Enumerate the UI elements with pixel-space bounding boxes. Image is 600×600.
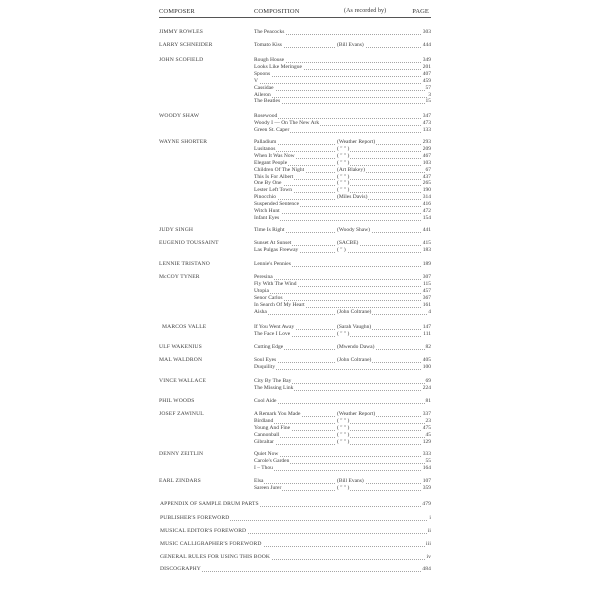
recorded-by: ( " " ) bbox=[336, 485, 350, 492]
dot-leader bbox=[254, 369, 431, 370]
page-number: 154 bbox=[422, 215, 431, 222]
appendix-entry: MUSICAL EDITOR'S FOREWORDii bbox=[160, 527, 431, 535]
appendix-title: MUSIC CALLIGRAPHER'S FOREWORD bbox=[160, 540, 263, 548]
recorded-by: (Miles Davis) bbox=[336, 194, 368, 201]
composition-title: The Missing Link bbox=[254, 385, 294, 392]
composition-entry: Infant Eyes154 bbox=[254, 215, 431, 222]
composer-name: MARCOS VALLE bbox=[162, 324, 206, 330]
composer-name: PHIL WOODS bbox=[159, 398, 195, 404]
dot-leader bbox=[254, 293, 431, 294]
dot-leader bbox=[254, 456, 431, 457]
composition-entry: Spoons407 bbox=[254, 71, 431, 78]
composer-name: EUGENIO TOUSSAINT bbox=[159, 240, 219, 246]
composition-entry: Time Is Right(Woody Shaw)441 bbox=[254, 227, 431, 234]
composition-title: Lennie's Pennies bbox=[254, 261, 292, 268]
page-number: 164 bbox=[422, 465, 431, 472]
dot-leader bbox=[254, 83, 431, 84]
appendix-entry: APPENDIX OF SAMPLE DRUM PARTS479 bbox=[160, 500, 431, 508]
composition-entry: Aisha(John Coltrane)4 bbox=[254, 309, 431, 316]
composition-entry: Fly With The Wind115 bbox=[254, 281, 431, 288]
composition-entry: Duquility100 bbox=[254, 364, 431, 371]
page-number: 129 bbox=[422, 439, 431, 446]
page-number: 133 bbox=[422, 127, 431, 134]
composer-name: EARL ZINDARS bbox=[159, 478, 201, 484]
composition-entry: Witch Hunt472 bbox=[254, 208, 431, 215]
composition-title: Cutting Edge bbox=[254, 344, 284, 351]
composer-name: WOODY SHAW bbox=[159, 113, 199, 119]
dot-leader bbox=[254, 470, 431, 471]
composer-name: LARRY SCHNEIDER bbox=[159, 42, 212, 48]
page-number: 303 bbox=[422, 29, 431, 36]
header-page: PAGE bbox=[412, 8, 429, 15]
composer-name: DENNY ZEITLIN bbox=[159, 451, 203, 457]
composer-name: ULF WAKENIUS bbox=[159, 344, 202, 350]
composition-entry: Sareen Jurer( " " )359 bbox=[254, 485, 431, 492]
composition-entry: Las Pulgas Freeway( " )183 bbox=[254, 247, 431, 254]
page-number: 359 bbox=[422, 485, 431, 492]
composition-title: Aisha bbox=[254, 309, 268, 316]
composition-entry: Carole's Garden55 bbox=[254, 458, 431, 465]
page-number: 15 bbox=[425, 98, 432, 105]
dot-leader bbox=[254, 118, 431, 119]
composition-title: The Beatles bbox=[254, 98, 281, 105]
composition-entry: Green St. Caper133 bbox=[254, 127, 431, 134]
composition-entry: Cassidae57 bbox=[254, 85, 431, 92]
recorded-by: ( " ) bbox=[336, 247, 347, 254]
header-composition: COMPOSITION bbox=[254, 8, 300, 15]
appendix-title: PUBLISHER'S FOREWORD bbox=[160, 514, 230, 522]
composition-title: Tomato Kiss bbox=[254, 42, 283, 49]
recorded-by: (John Coltrane) bbox=[336, 309, 372, 316]
page-number: 82 bbox=[425, 344, 432, 351]
recorded-by: (Mwendo Dawa) bbox=[336, 344, 375, 351]
recorded-by: (Bill Evans) bbox=[336, 42, 365, 49]
appendix-title: MUSICAL EDITOR'S FOREWORD bbox=[160, 527, 247, 535]
column-header: COMPOSER COMPOSITION (As recorded by) PA… bbox=[159, 8, 431, 20]
page-number: i bbox=[428, 514, 431, 522]
page-number: 100 bbox=[422, 364, 431, 371]
composition-entry: Tomato Kiss(Bill Evans)444 bbox=[254, 42, 431, 49]
page-number: 484 bbox=[421, 565, 431, 573]
appendix-entry: DISCOGRAPHY484 bbox=[160, 565, 431, 573]
composition-title: Gibraltar bbox=[254, 439, 275, 446]
appendix-title: DISCOGRAPHY bbox=[160, 565, 202, 573]
dot-leader bbox=[254, 279, 431, 280]
page-number: 189 bbox=[422, 261, 431, 268]
composition-entry: Looks Like Meringue201 bbox=[254, 64, 431, 71]
appendix-entry: GENERAL RULES FOR USING THIS BOOKiv bbox=[160, 553, 431, 561]
page-number: 81 bbox=[425, 398, 432, 405]
composer-name: JIMMY ROWLES bbox=[159, 29, 203, 35]
dot-leader bbox=[254, 76, 431, 77]
page-number: ii bbox=[427, 527, 431, 535]
header-rule bbox=[159, 17, 431, 18]
composition-title: Infant Eyes bbox=[254, 215, 280, 222]
appendix-entry: PUBLISHER'S FOREWORDi bbox=[160, 514, 431, 522]
header-composer: COMPOSER bbox=[159, 8, 195, 15]
composition-title: The Face I Love bbox=[254, 331, 291, 338]
appendix-title: GENERAL RULES FOR USING THIS BOOK bbox=[160, 553, 271, 561]
page-number: 479 bbox=[421, 500, 431, 508]
page-number: 4 bbox=[427, 309, 431, 316]
appendix-title: APPENDIX OF SAMPLE DRUM PARTS bbox=[160, 500, 260, 508]
composer-name: VINCE WALLACE bbox=[159, 378, 206, 384]
composer-name: MAL WALDRON bbox=[159, 357, 202, 363]
page-number: iii bbox=[425, 540, 431, 548]
header-recorded-by: (As recorded by) bbox=[344, 8, 386, 14]
composer-name: JOHN SCOFIELD bbox=[159, 57, 203, 63]
composition-title: Sareen Jurer bbox=[254, 485, 282, 492]
composition-title: The Peacocks bbox=[254, 29, 285, 36]
page-number: 441 bbox=[422, 227, 431, 234]
recorded-by: ( " " ) bbox=[336, 439, 350, 446]
composition-entry: Cool Aide81 bbox=[254, 398, 431, 405]
dot-leader bbox=[254, 220, 431, 221]
recorded-by: (Woody Shaw) bbox=[336, 227, 371, 234]
index-page: COMPOSER COMPOSITION (As recorded by) PA… bbox=[0, 0, 600, 600]
recorded-by: (John Coltrane) bbox=[336, 357, 372, 364]
composition-title: Cool Aide bbox=[254, 398, 277, 405]
dot-leader bbox=[254, 90, 431, 91]
appendix-entry: MUSIC CALLIGRAPHER'S FOREWORDiii bbox=[160, 540, 431, 548]
composition-entry: I – Thou164 bbox=[254, 465, 431, 472]
page-number: iv bbox=[425, 553, 431, 561]
composition-title: Green St. Caper bbox=[254, 127, 290, 134]
composer-name: WAYNE SHORTER bbox=[159, 139, 207, 145]
dot-leader bbox=[254, 403, 431, 404]
composition-title: I – Thou bbox=[254, 465, 274, 472]
composition-entry: The Missing Link224 bbox=[254, 385, 431, 392]
composition-entry: Soul Eyes(John Coltrane)405 bbox=[254, 357, 431, 364]
page-number: 444 bbox=[422, 42, 431, 49]
dot-leader bbox=[254, 97, 431, 98]
composition-entry: The Peacocks303 bbox=[254, 29, 431, 36]
composer-name: LENNIE TRISTANO bbox=[159, 261, 210, 267]
composer-name: JOSEF ZAWINUL bbox=[159, 411, 204, 417]
composition-entry: Cutting Edge(Mwendo Dawa)82 bbox=[254, 344, 431, 351]
recorded-by: ( " " ) bbox=[336, 331, 350, 338]
composition-title: Las Pulgas Freeway bbox=[254, 247, 299, 254]
composition-entry: The Face I Love( " " )111 bbox=[254, 331, 431, 338]
composition-title: Duquility bbox=[254, 364, 276, 371]
composition-entry: Lennie's Pennies189 bbox=[254, 261, 431, 268]
composition-title: Time Is Right bbox=[254, 227, 285, 234]
composer-name: McCOY TYNER bbox=[159, 274, 200, 280]
page-number: 111 bbox=[422, 331, 431, 338]
composition-entry: The Beatles15 bbox=[254, 98, 431, 105]
page-number: 183 bbox=[422, 247, 431, 254]
composition-entry: Gibraltar( " " )129 bbox=[254, 439, 431, 446]
page-number: 224 bbox=[422, 385, 431, 392]
composer-name: JUDY SINGH bbox=[159, 227, 193, 233]
composition-entry: V459 bbox=[254, 78, 431, 85]
